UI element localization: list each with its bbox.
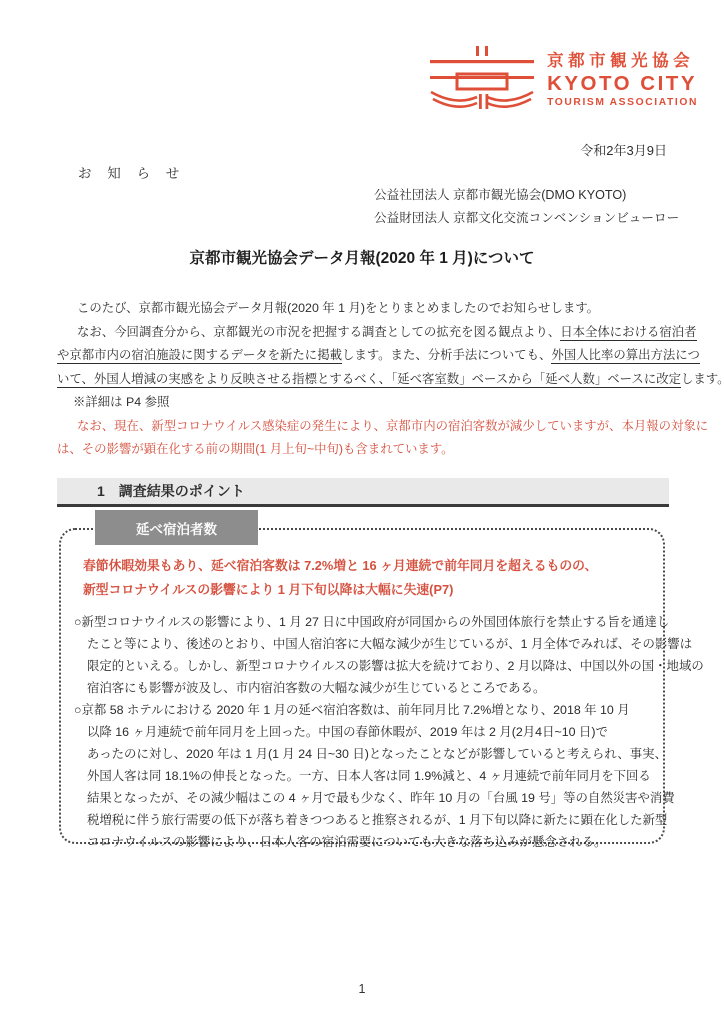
body-line: 結果となったが、その減少幅はこの 4 ヶ月で最も少なく、昨年 10 月の「台風 …: [87, 787, 663, 809]
underlined-segment: 外国人比率の算出方法につ: [551, 348, 699, 364]
page-number: 1: [0, 982, 724, 996]
underlined-segment: 日本全体における宿泊者: [560, 325, 696, 341]
highlight-line-2: 新型コロナウイルスの影響により 1 月下旬以降は大幅に失速(P7): [83, 578, 663, 602]
intro-line-2: なお、今回調査分から、京都観光の市況を把握する調査としての拡充を図る観点より、日…: [57, 321, 671, 345]
document-title: 京都市観光協会データ月報(2020 年 1 月)について: [0, 246, 724, 268]
detail-reference-note: ※詳細は P4 参照: [57, 391, 671, 415]
body-line: コロナウイルスの影響により、日本人客の宿泊需要についても大きな落ち込みが懸念され…: [87, 831, 663, 853]
highlight-line-1: 春節休暇効果もあり、延べ宿泊客数は 7.2%増と 16 ヶ月連続で前年同月を超え…: [83, 554, 663, 578]
lodging-guests-label: 延べ宿泊者数: [95, 510, 258, 545]
body-line: 限定的といえる。しかし、新型コロナウイルスの影響は拡大を続けており、2 月以降は…: [87, 655, 663, 677]
logo-name-en: KYOTO CITY: [547, 73, 698, 95]
body-line: あったのに対し、2020 年は 1 月(1 月 24 日~30 日)となったこと…: [87, 743, 663, 765]
underlined-segment: いて、外国人増減の実感をより反映させる指標とするべく、「延べ客室数」ベースから「…: [57, 372, 681, 388]
org-name-2: 公益財団法人 京都文化交流コンベンションビューロー: [374, 207, 679, 230]
section-number: 1: [97, 483, 105, 499]
text-segment: します。: [681, 372, 724, 386]
text-segment: します。また、分析手法についても、: [342, 348, 551, 362]
notice-label: お 知 ら せ: [78, 162, 185, 182]
intro-line-3: や京都市内の宿泊施設に関するデータを新たに掲載します。また、分析手法についても、…: [57, 344, 671, 368]
covid-note-line-1: なお、現在、新型コロナウイルス感染症の発生により、京都市内の宿泊客数が減少してい…: [57, 415, 671, 439]
logo-name-en-sub: TOURISM ASSOCIATION: [547, 97, 698, 108]
document-page: 京都市観光協会 KYOTO CITY TOURISM ASSOCIATION 令…: [0, 0, 724, 1024]
body-line: 外国人客は同 18.1%の伸長となった。一方、日本人客は同 1.9%減と、4 ヶ…: [87, 765, 663, 787]
body-line: ○新型コロナウイルスの影響により、1 月 27 日に中国政府が同国からの外国団体…: [74, 611, 663, 633]
section-title: 調査結果のポイント: [119, 483, 245, 499]
body-line: ○京都 58 ホテルにおける 2020 年 1 月の延べ宿泊客数は、前年同月比 …: [74, 699, 663, 721]
issuing-organizations: 公益社団法人 京都市観光協会(DMO KYOTO) 公益財団法人 京都文化交流コ…: [374, 184, 679, 230]
intro-line-1: このたび、京都市観光協会データ月報(2020 年 1 月)をとりまとめましたので…: [57, 297, 671, 321]
text-segment: なお、今回調査分から、京都観光の市況を把握する調査としての拡充を図る観点より、: [77, 325, 560, 339]
body-line: たこと等により、後述のとおり、中国人宿泊客に大幅な減少が生じているが、1 月全体…: [87, 633, 663, 655]
body-line: 税増税に伴う旅行需要の低下が落ち着きつつあると推察されるが、1 月下旬以降に新た…: [87, 809, 663, 831]
logo-text: 京都市観光協会 KYOTO CITY TOURISM ASSOCIATION: [547, 53, 698, 108]
kyoto-city-tourism-logo: 京都市観光協会 KYOTO CITY TOURISM ASSOCIATION: [430, 46, 698, 116]
kyoto-logo-mark: [430, 46, 534, 116]
intro-line-4: いて、外国人増減の実感をより反映させる指標とするべく、「延べ客室数」ベースから「…: [57, 368, 671, 392]
covid-note-line-2: は、その影響が顕在化する前の期間(1 月上旬~中旬)も含まれています。: [57, 438, 671, 462]
org-name-1: 公益社団法人 京都市観光協会(DMO KYOTO): [374, 184, 679, 207]
body-line: 宿泊客にも影響が波及し、市内宿泊客数の大幅な減少が生じているところである。: [87, 677, 663, 699]
underlined-segment: や京都市内の宿泊施設に関するデータを新たに掲載: [57, 348, 342, 364]
intro-section: このたび、京都市観光協会データ月報(2020 年 1 月)をとりまとめましたので…: [57, 297, 671, 462]
section-heading-bar: 1調査結果のポイント: [57, 478, 669, 507]
issue-date: 令和2年3月9日: [580, 140, 667, 159]
body-line: 以降 16 ヶ月連続で前年同月を上回った。中国の春節休暇が、2019 年は 2 …: [87, 721, 663, 743]
logo-name-jp: 京都市観光協会: [547, 53, 698, 71]
lodging-summary-box: 春節休暇効果もあり、延べ宿泊客数は 7.2%増と 16 ヶ月連続で前年同月を超え…: [59, 528, 665, 844]
